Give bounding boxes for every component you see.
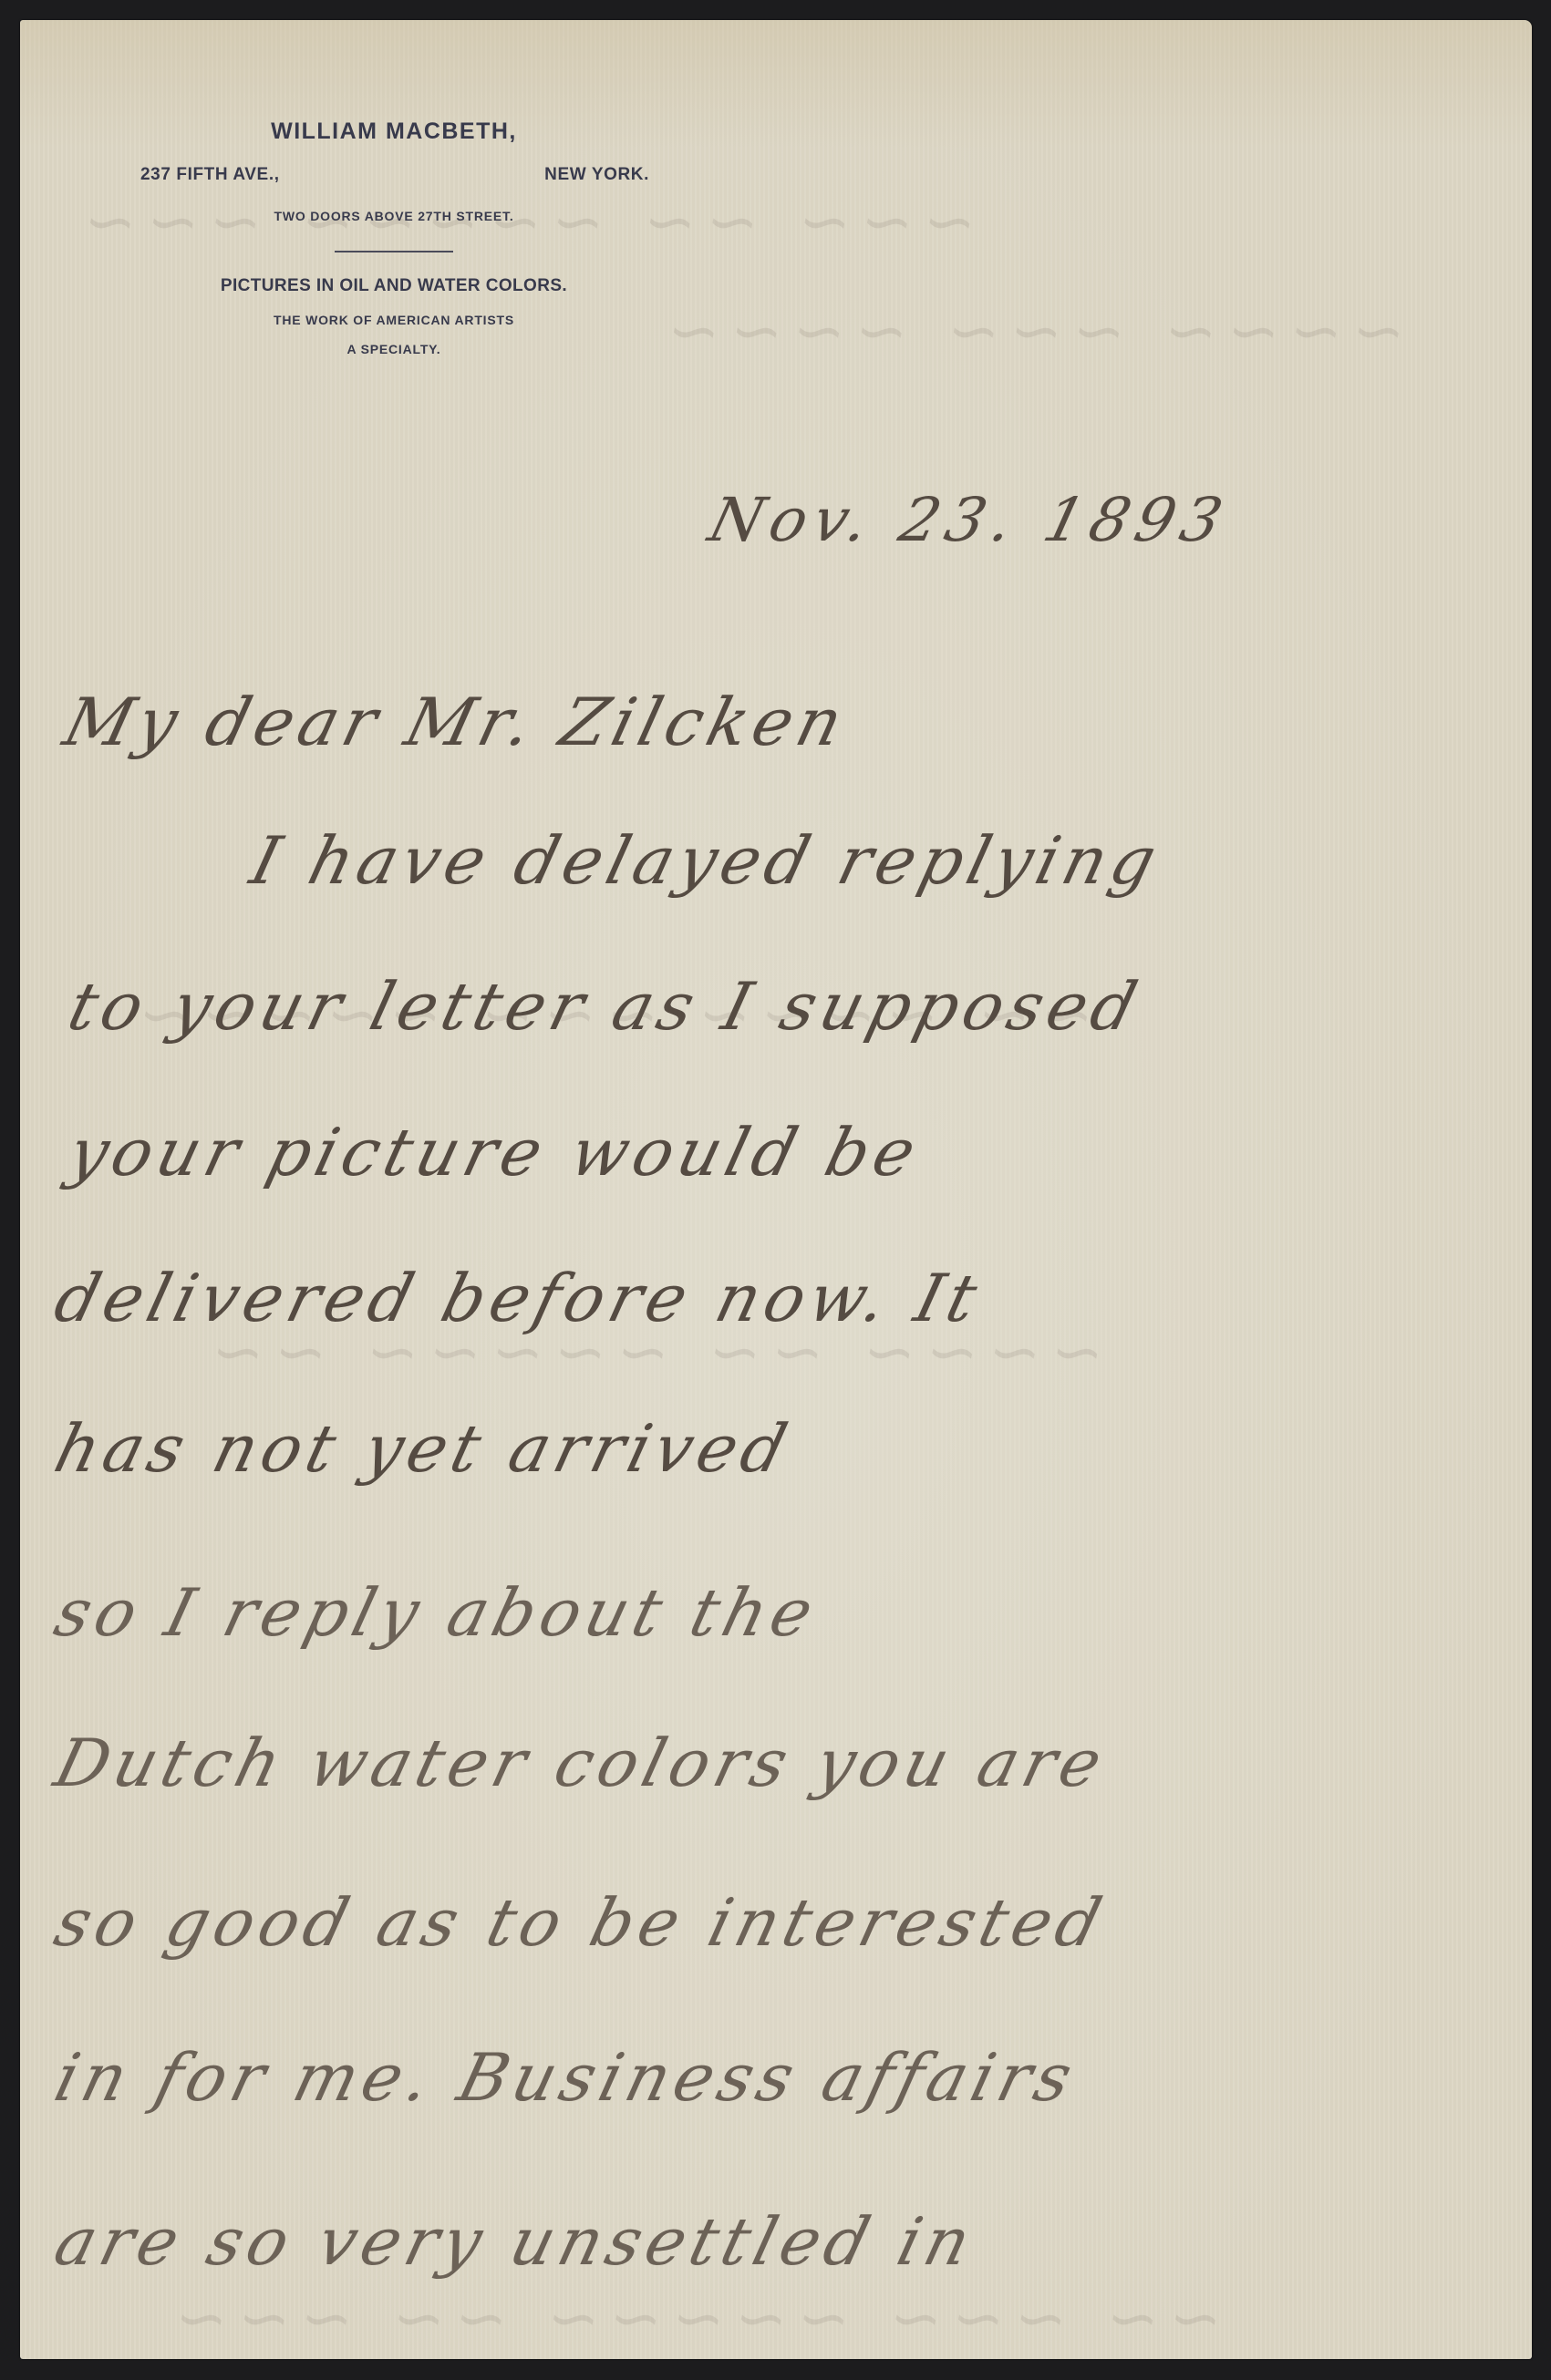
letterhead: WILLIAM MACBETH, 237 FIFTH AVE., NEW YOR…: [139, 111, 649, 356]
letterhead-specialty-line-2: A SPECIALTY.: [139, 342, 649, 356]
letterhead-tagline: PICTURES IN OIL AND WATER COLORS.: [139, 276, 649, 296]
letterhead-address: 237 FIFTH AVE., NEW YORK.: [139, 165, 649, 185]
letter-body-line: Dutch water colors you are: [47, 1725, 1115, 1801]
letter-date: Nov. 23. 1893: [702, 485, 1236, 555]
letter-paper: ~~~ ~~ ~~~~~ ~~~ ~~~~ ~~~ ~~~~ ~~ ~~~~ ~…: [20, 20, 1532, 2359]
letter-body-line: in for me. Business affairs: [47, 2039, 1085, 2116]
letter-body-line: so good as to be interested: [47, 1884, 1114, 1961]
letter-body-line: to your letter as I supposed: [61, 968, 1150, 1045]
letterhead-city: NEW YORK.: [544, 165, 649, 185]
letterhead-street: 237 FIFTH AVE.,: [140, 165, 280, 185]
letter-body-line: are so very unsettled in: [47, 2203, 983, 2280]
letterhead-name: WILLIAM MACBETH,: [139, 118, 649, 145]
letter-body-line: delivered before now. It: [47, 1260, 990, 1336]
letter-salutation: My dear Mr. Zilcken: [57, 684, 855, 760]
reverse-side-bleed: ~~ ~~~ ~~~~~ ~~ ~~~: [158, 2281, 1230, 2355]
letterhead-divider: [335, 251, 453, 252]
letter-body-line: your picture would be: [61, 1114, 928, 1190]
reverse-side-bleed: ~~~~ ~~~ ~~~~: [650, 294, 1413, 368]
letter-body-line: so I reply about the: [47, 1574, 826, 1651]
letterhead-specialty-line-1: THE WORK OF AMERICAN ARTISTS: [139, 313, 649, 327]
letter-body-line: I have delayed replying: [243, 822, 1169, 899]
letterhead-location-note: TWO DOORS ABOVE 27TH STREET.: [139, 209, 649, 223]
letter-body-line: has not yet arrived: [47, 1410, 800, 1487]
